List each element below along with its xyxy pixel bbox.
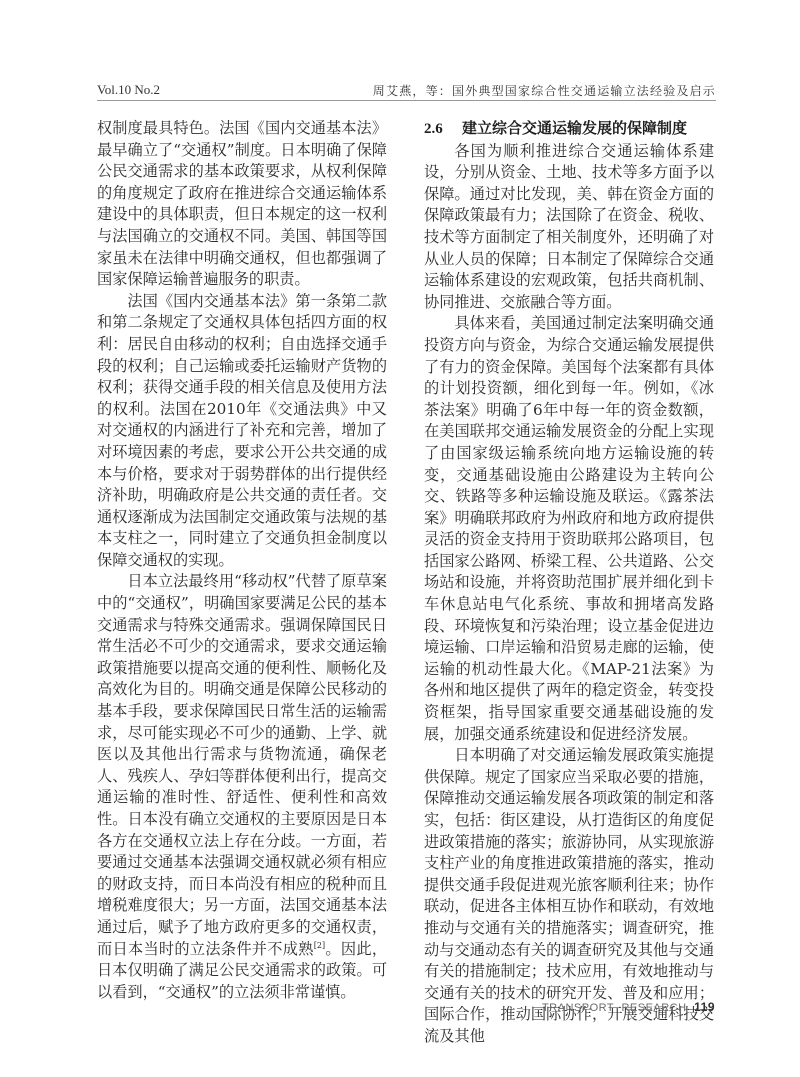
right-column: 2.6建立综合交通运输发展的保障制度 各国为顺利推进综合交通运输体系建设，分别从… [424,118,714,1048]
running-footer: TRANSPORT RESEARCH 119 [542,1000,715,1014]
section-heading: 2.6建立综合交通运输发展的保障制度 [424,118,714,141]
running-title: 周艾燕，等：国外典型国家综合性交通运输立法经验及启示 [373,82,716,99]
left-column: 权制度最具特色。法国《国内交通基本法》最早确立了“交通权”制度。日本明确了保障公… [97,118,387,1003]
paragraph: 日本立法最终用“移动权”代替了原草案中的“交通权”，明确国家要满足公民的基本交通… [97,571,387,1003]
paragraph: 具体来看，美国通过制定法案明确交通投资方向与资金，为综合交通运输发展提供了有力的… [424,313,714,745]
journal-name: TRANSPORT RESEARCH [542,1002,687,1014]
citation-reference: [2] [314,941,325,950]
section-number: 2.6 [424,119,462,141]
paragraph: 法国《国内交通基本法》第一条第二款和第二条规定了交通权具体包括四方面的权利：居民… [97,291,387,572]
volume-issue: Vol.10 No.2 [97,82,160,98]
page-number: 119 [694,1000,715,1014]
section-title: 建立综合交通运输发展的保障制度 [462,119,687,137]
paragraph: 各国为顺利推进综合交通运输体系建设，分别从资金、土地、技术等多方面予以保障。通过… [424,141,714,314]
paragraph-text: 日本立法最终用“移动权”代替了原草案中的“交通权”，明确国家要满足公民的基本交通… [97,572,387,957]
paragraph: 权制度最具特色。法国《国内交通基本法》最早确立了“交通权”制度。日本明确了保障公… [97,118,387,291]
running-header: Vol.10 No.2 周艾燕，等：国外典型国家综合性交通运输立法经验及启示 [97,80,716,101]
